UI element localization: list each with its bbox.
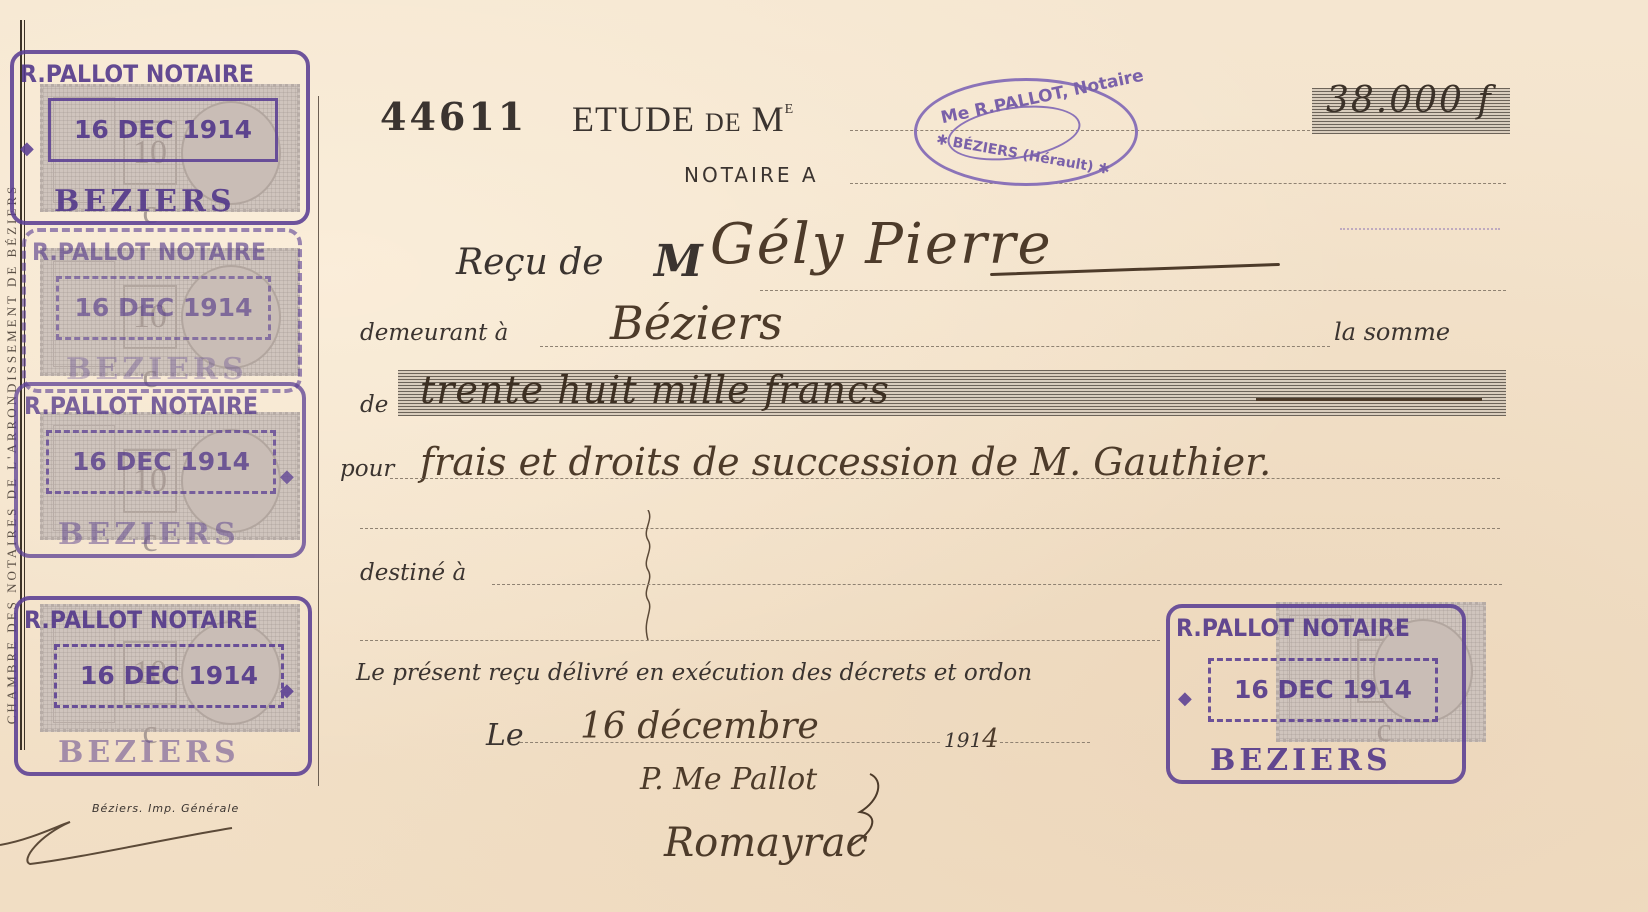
cachet-date: 16 DEC 1914 <box>48 98 278 162</box>
etude-m-label: M <box>752 99 785 139</box>
oval-notary-seal: Me R.PALLOT, Notaire ✱ BÉZIERS (Hérault)… <box>914 78 1138 186</box>
notary-cachet: R.PALLOT NOTAIRE 16 DEC 1914 BEZIERS ◆ <box>10 50 310 225</box>
stub-separator-rule <box>318 96 319 786</box>
payer-name: Gély Pierre <box>710 212 1053 277</box>
diamond-ornament-icon: ◆ <box>280 680 294 701</box>
notary-cachet: R.PALLOT NOTAIRE 16 DEC 1914 BEZIERS ◆ <box>1166 604 1466 784</box>
cachet-date: 16 DEC 1914 <box>1208 658 1438 722</box>
cachet-notary-name: R.PALLOT NOTAIRE <box>1176 614 1410 642</box>
notaire-a-label: NOTAIRE A <box>684 163 819 187</box>
cachet-notary-name: R.PALLOT NOTAIRE <box>32 238 266 266</box>
date-dotted-line <box>520 742 940 743</box>
destine-label: destiné à <box>360 560 466 586</box>
cachet-city: BEZIERS <box>58 735 240 770</box>
year-dotted-line <box>1000 742 1090 743</box>
signature-clerk: Romayrac <box>664 820 868 866</box>
pen-stroke-icon <box>0 820 240 880</box>
blank-fill-squiggle-icon <box>638 510 658 640</box>
amount-figures: 38.000 f <box>1326 80 1493 121</box>
de-label: de <box>360 392 388 418</box>
blank-dotted-line <box>360 640 1160 641</box>
amount-closing-dash <box>1256 398 1482 401</box>
cachet-date: 16 DEC 1914 <box>46 430 276 494</box>
etude-heading: ETUDE DE ME <box>572 98 794 140</box>
demeurant-dotted-line <box>540 346 1330 347</box>
demeurant-label: demeurant à <box>360 320 508 346</box>
residue-line <box>1340 228 1500 230</box>
diamond-ornament-icon: ◆ <box>280 466 294 487</box>
receipt-number: 44611 <box>380 94 527 139</box>
year-printed-prefix: 191 <box>944 728 982 752</box>
blank-dotted-line <box>360 528 1500 529</box>
cachet-notary-name: R.PALLOT NOTAIRE <box>24 392 258 420</box>
diamond-ornament-icon: ◆ <box>1178 688 1192 709</box>
residence-city: Béziers <box>610 296 783 350</box>
printer-credit: Béziers. Imp. Générale <box>92 802 239 815</box>
cachet-date: 16 DEC 1914 <box>54 644 284 708</box>
cachet-city: BEZIERS <box>58 517 240 552</box>
pour-label: pour <box>340 456 394 482</box>
signature-for-notary: P. Me Pallot <box>640 762 817 797</box>
cachet-notary-name: R.PALLOT NOTAIRE <box>24 606 258 634</box>
notary-cachet: R.PALLOT NOTAIRE 16 DEC 1914 BEZIERS <box>22 228 302 393</box>
notaire-dotted-line <box>850 183 1506 184</box>
etude-sup-label: E <box>785 102 795 117</box>
la-somme-label: la somme <box>1334 318 1450 346</box>
notary-cachet: R.PALLOT NOTAIRE 16 DEC 1914 BEZIERS ◆ <box>14 382 306 558</box>
cachet-date: 16 DEC 1914 <box>56 276 271 340</box>
amount-in-words: trente huit mille francs <box>420 368 890 412</box>
cachet-city: BEZIERS <box>1210 743 1392 778</box>
year-printed: 1914 <box>944 724 999 754</box>
pour-dotted-line <box>390 478 1500 479</box>
legal-notice-text: Le présent reçu délivré en exécution des… <box>356 660 1032 686</box>
etude-label: ETUDE <box>572 99 695 139</box>
recu-dotted-line <box>760 290 1506 291</box>
le-label: Le <box>486 718 524 753</box>
recu-label: Reçu de <box>456 242 604 283</box>
notary-cachet: R.PALLOT NOTAIRE 16 DEC 1914 BEZIERS ◆ <box>14 596 312 776</box>
year-handwritten-digit: 4 <box>982 724 999 754</box>
date-handwritten: 16 décembre <box>580 706 819 747</box>
etude-de-label: DE <box>705 108 742 137</box>
diamond-ornament-icon: ◆ <box>20 138 34 159</box>
cachet-notary-name: R.PALLOT NOTAIRE <box>20 60 254 88</box>
recu-m-label: M <box>654 236 703 287</box>
cachet-city: BEZIERS <box>54 184 236 219</box>
destine-dotted-line <box>492 584 1502 585</box>
